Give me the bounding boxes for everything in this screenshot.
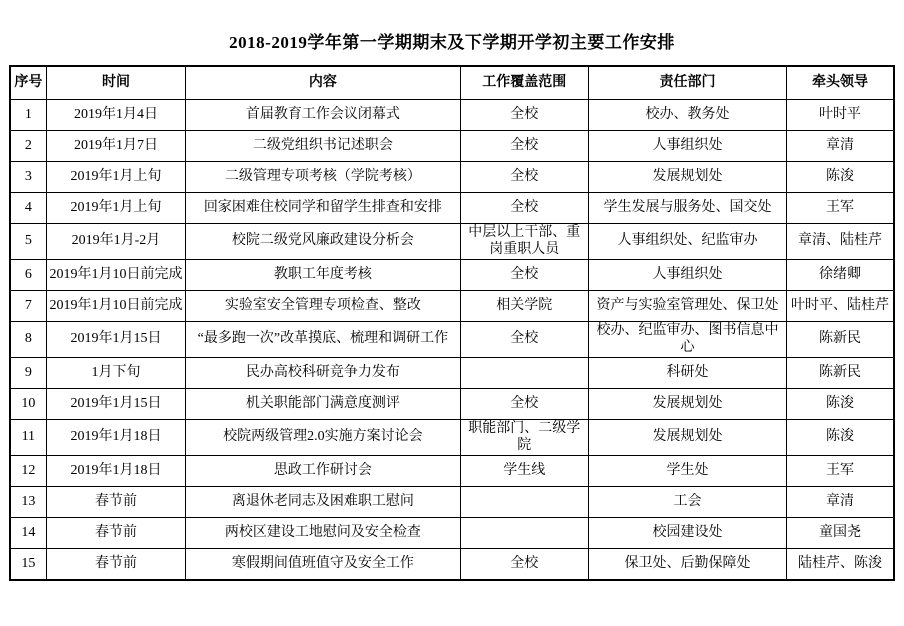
column-header-time: 时间 [46, 66, 186, 100]
cell-no: 12 [10, 456, 46, 487]
cell-scope [460, 518, 589, 549]
cell-time: 2019年1月上旬 [46, 162, 186, 193]
cell-dept: 资产与实验室管理处、保卫处 [589, 291, 787, 322]
cell-no: 15 [10, 549, 46, 580]
cell-scope: 全校 [460, 193, 589, 224]
column-header-leader: 牵头领导 [786, 66, 894, 100]
cell-dept: 学生发展与服务处、国交处 [589, 193, 787, 224]
cell-content: 思政工作研讨会 [186, 456, 460, 487]
cell-scope: 全校 [460, 322, 589, 358]
cell-no: 6 [10, 260, 46, 291]
cell-leader: 陈浚 [786, 420, 894, 456]
cell-dept: 工会 [589, 487, 787, 518]
cell-no: 7 [10, 291, 46, 322]
cell-content: 校院两级管理2.0实施方案讨论会 [186, 420, 460, 456]
cell-no: 3 [10, 162, 46, 193]
cell-dept: 保卫处、后勤保障处 [589, 549, 787, 580]
cell-time: 2019年1月上旬 [46, 193, 186, 224]
work-schedule-table: 序号 时间 内容 工作覆盖范围 责任部门 牵头领导 12019年1月4日首届教育… [9, 65, 895, 581]
column-header-dept: 责任部门 [589, 66, 787, 100]
cell-time: 春节前 [46, 518, 186, 549]
cell-dept: 校办、纪监审办、图书信息中心 [589, 322, 787, 358]
cell-no: 13 [10, 487, 46, 518]
table-row: 15春节前寒假期间值班值守及安全工作全校保卫处、后勤保障处陆桂芹、陈浚 [10, 549, 894, 580]
table-row: 42019年1月上旬回家困难住校同学和留学生排查和安排全校学生发展与服务处、国交… [10, 193, 894, 224]
cell-time: 2019年1月18日 [46, 456, 186, 487]
cell-leader: 童国尧 [786, 518, 894, 549]
column-header-scope: 工作覆盖范围 [460, 66, 589, 100]
cell-time: 2019年1月18日 [46, 420, 186, 456]
cell-content: “最多跑一次”改革摸底、梳理和调研工作 [186, 322, 460, 358]
table-body: 12019年1月4日首届教育工作会议闭幕式全校校办、教务处叶时平22019年1月… [10, 100, 894, 580]
cell-scope [460, 358, 589, 389]
cell-scope [460, 487, 589, 518]
cell-content: 首届教育工作会议闭幕式 [186, 100, 460, 131]
cell-dept: 发展规划处 [589, 420, 787, 456]
cell-scope: 中层以上干部、重岗重职人员 [460, 224, 589, 260]
cell-no: 8 [10, 322, 46, 358]
cell-scope: 全校 [460, 131, 589, 162]
cell-leader: 陈新民 [786, 322, 894, 358]
table-row: 14春节前两校区建设工地慰问及安全检查校园建设处童国尧 [10, 518, 894, 549]
cell-no: 2 [10, 131, 46, 162]
cell-dept: 科研处 [589, 358, 787, 389]
table-row: 52019年1月-2月校院二级党风廉政建设分析会中层以上干部、重岗重职人员人事组… [10, 224, 894, 260]
cell-leader: 叶时平、陆桂芹 [786, 291, 894, 322]
cell-leader: 王军 [786, 193, 894, 224]
cell-dept: 人事组织处、纪监审办 [589, 224, 787, 260]
table-row: 72019年1月10日前完成实验室安全管理专项检查、整改相关学院资产与实验室管理… [10, 291, 894, 322]
cell-time: 2019年1月15日 [46, 322, 186, 358]
cell-dept: 发展规划处 [589, 162, 787, 193]
cell-scope: 全校 [460, 100, 589, 131]
cell-scope: 全校 [460, 389, 589, 420]
table-row: 13春节前离退休老同志及困难职工慰问工会章清 [10, 487, 894, 518]
column-header-content: 内容 [186, 66, 460, 100]
cell-content: 离退休老同志及困难职工慰问 [186, 487, 460, 518]
cell-leader: 王军 [786, 456, 894, 487]
table-row: 82019年1月15日“最多跑一次”改革摸底、梳理和调研工作全校校办、纪监审办、… [10, 322, 894, 358]
cell-content: 校院二级党风廉政建设分析会 [186, 224, 460, 260]
cell-leader: 章清 [786, 487, 894, 518]
cell-no: 10 [10, 389, 46, 420]
cell-dept: 发展规划处 [589, 389, 787, 420]
cell-scope: 全校 [460, 162, 589, 193]
table-row: 112019年1月18日校院两级管理2.0实施方案讨论会职能部门、二级学院发展规… [10, 420, 894, 456]
table-header-row: 序号 时间 内容 工作覆盖范围 责任部门 牵头领导 [10, 66, 894, 100]
cell-no: 4 [10, 193, 46, 224]
cell-content: 二级党组织书记述职会 [186, 131, 460, 162]
table-row: 32019年1月上旬二级管理专项考核（学院考核）全校发展规划处陈浚 [10, 162, 894, 193]
cell-leader: 陈新民 [786, 358, 894, 389]
cell-leader: 叶时平 [786, 100, 894, 131]
cell-leader: 陈浚 [786, 389, 894, 420]
cell-dept: 校园建设处 [589, 518, 787, 549]
cell-no: 14 [10, 518, 46, 549]
cell-content: 机关职能部门满意度测评 [186, 389, 460, 420]
cell-content: 寒假期间值班值守及安全工作 [186, 549, 460, 580]
table-row: 62019年1月10日前完成教职工年度考核全校人事组织处徐绪卿 [10, 260, 894, 291]
cell-content: 实验室安全管理专项检查、整改 [186, 291, 460, 322]
cell-leader: 章清、陆桂芹 [786, 224, 894, 260]
column-header-no: 序号 [10, 66, 46, 100]
cell-no: 9 [10, 358, 46, 389]
page-title: 2018-2019学年第一学期期末及下学期开学初主要工作安排 [0, 0, 904, 65]
cell-scope: 全校 [460, 260, 589, 291]
cell-time: 2019年1月10日前完成 [46, 291, 186, 322]
table-row: 91月下旬民办高校科研竞争力发布科研处陈新民 [10, 358, 894, 389]
cell-time: 1月下旬 [46, 358, 186, 389]
table-row: 102019年1月15日机关职能部门满意度测评全校发展规划处陈浚 [10, 389, 894, 420]
cell-content: 回家困难住校同学和留学生排查和安排 [186, 193, 460, 224]
cell-scope: 学生线 [460, 456, 589, 487]
cell-leader: 徐绪卿 [786, 260, 894, 291]
cell-content: 二级管理专项考核（学院考核） [186, 162, 460, 193]
cell-content: 教职工年度考核 [186, 260, 460, 291]
cell-dept: 学生处 [589, 456, 787, 487]
document-page: 2018-2019学年第一学期期末及下学期开学初主要工作安排 序号 时间 内容 … [0, 0, 904, 626]
cell-scope: 全校 [460, 549, 589, 580]
cell-time: 2019年1月7日 [46, 131, 186, 162]
table-row: 22019年1月7日二级党组织书记述职会全校人事组织处章清 [10, 131, 894, 162]
cell-scope: 相关学院 [460, 291, 589, 322]
cell-leader: 陈浚 [786, 162, 894, 193]
cell-no: 5 [10, 224, 46, 260]
cell-time: 2019年1月-2月 [46, 224, 186, 260]
cell-scope: 职能部门、二级学院 [460, 420, 589, 456]
cell-dept: 人事组织处 [589, 131, 787, 162]
cell-content: 两校区建设工地慰问及安全检查 [186, 518, 460, 549]
table-row: 122019年1月18日思政工作研讨会学生线学生处王军 [10, 456, 894, 487]
cell-no: 1 [10, 100, 46, 131]
cell-dept: 校办、教务处 [589, 100, 787, 131]
cell-leader: 章清 [786, 131, 894, 162]
cell-dept: 人事组织处 [589, 260, 787, 291]
cell-time: 2019年1月15日 [46, 389, 186, 420]
cell-time: 春节前 [46, 549, 186, 580]
cell-no: 11 [10, 420, 46, 456]
cell-content: 民办高校科研竞争力发布 [186, 358, 460, 389]
cell-time: 2019年1月4日 [46, 100, 186, 131]
cell-time: 春节前 [46, 487, 186, 518]
table-row: 12019年1月4日首届教育工作会议闭幕式全校校办、教务处叶时平 [10, 100, 894, 131]
cell-time: 2019年1月10日前完成 [46, 260, 186, 291]
cell-leader: 陆桂芹、陈浚 [786, 549, 894, 580]
